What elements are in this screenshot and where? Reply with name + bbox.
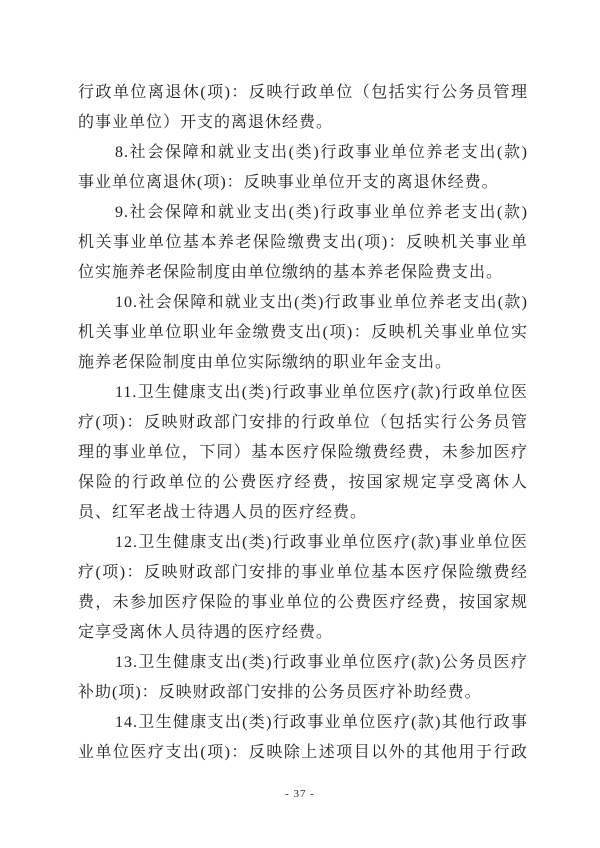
text-line: 疗(项)：反映财政部门安排的事业单位基本医疗保险缴费经: [78, 558, 528, 588]
text-line: 补助(项)：反映财政部门安排的公务员医疗补助经费。: [78, 678, 528, 708]
text-line: 13.卫生健康支出(类)行政事业单位医疗(款)公务员医疗: [78, 648, 528, 678]
text-line: 8.社会保障和就业支出(类)行政事业单位养老支出(款): [78, 138, 528, 168]
page-number: - 37 -: [0, 786, 600, 802]
text-line: 保险的行政单位的公费医疗经费，按国家规定享受离休人: [78, 468, 528, 498]
text-line: 机关事业单位职业年金缴费支出(项)：反映机关事业单位实: [78, 318, 528, 348]
text-line: 机关事业单位基本养老保险缴费支出(项)：反映机关事业单: [78, 228, 528, 258]
text-line: 疗(项)：反映财政部门安排的行政单位（包括实行公务员管: [78, 408, 528, 438]
text-line: 费，未参加医疗保险的事业单位的公费医疗经费，按国家规: [78, 588, 528, 618]
text-block: 行政单位离退休(项)：反映行政单位（包括实行公务员管理的事业单位）开支的离退休经…: [78, 78, 528, 768]
paragraph: 14.卫生健康支出(类)行政事业单位医疗(款)其他行政事业单位医疗支出(项)：反…: [78, 708, 528, 768]
text-line: 定享受离休人员待遇的医疗经费。: [78, 618, 528, 648]
text-line: 14.卫生健康支出(类)行政事业单位医疗(款)其他行政事: [78, 708, 528, 738]
paragraph: 11.卫生健康支出(类)行政事业单位医疗(款)行政单位医疗(项)：反映财政部门安…: [78, 378, 528, 528]
text-line: 员、红军老战士待遇人员的医疗经费。: [78, 498, 528, 528]
text-line: 行政单位离退休(项)：反映行政单位（包括实行公务员管理: [78, 78, 528, 108]
text-line: 12.卫生健康支出(类)行政事业单位医疗(款)事业单位医: [78, 528, 528, 558]
text-line: 事业单位离退休(项)：反映事业单位开支的离退休经费。: [78, 168, 528, 198]
text-line: 11.卫生健康支出(类)行政事业单位医疗(款)行政单位医: [78, 378, 528, 408]
document-page: 行政单位离退休(项)：反映行政单位（包括实行公务员管理的事业单位）开支的离退休经…: [0, 0, 600, 848]
text-line: 施养老保险制度由单位实际缴纳的职业年金支出。: [78, 348, 528, 378]
text-line: 位实施养老保险制度由单位缴纳的基本养老保险费支出。: [78, 258, 528, 288]
paragraph: 8.社会保障和就业支出(类)行政事业单位养老支出(款)事业单位离退休(项)：反映…: [78, 138, 528, 198]
text-line: 理的事业单位，下同）基本医疗保险缴费经费，未参加医疗: [78, 438, 528, 468]
paragraph: 12.卫生健康支出(类)行政事业单位医疗(款)事业单位医疗(项)：反映财政部门安…: [78, 528, 528, 648]
paragraph: 10.社会保障和就业支出(类)行政事业单位养老支出(款)机关事业单位职业年金缴费…: [78, 288, 528, 378]
paragraph: 行政单位离退休(项)：反映行政单位（包括实行公务员管理的事业单位）开支的离退休经…: [78, 78, 528, 138]
text-line: 的事业单位）开支的离退休经费。: [78, 108, 528, 138]
text-line: 业单位医疗支出(项)：反映除上述项目以外的其他用于行政: [78, 738, 528, 768]
text-line: 9.社会保障和就业支出(类)行政事业单位养老支出(款): [78, 198, 528, 228]
paragraph: 9.社会保障和就业支出(类)行政事业单位养老支出(款)机关事业单位基本养老保险缴…: [78, 198, 528, 288]
text-line: 10.社会保障和就业支出(类)行政事业单位养老支出(款): [78, 288, 528, 318]
paragraph: 13.卫生健康支出(类)行政事业单位医疗(款)公务员医疗补助(项)：反映财政部门…: [78, 648, 528, 708]
